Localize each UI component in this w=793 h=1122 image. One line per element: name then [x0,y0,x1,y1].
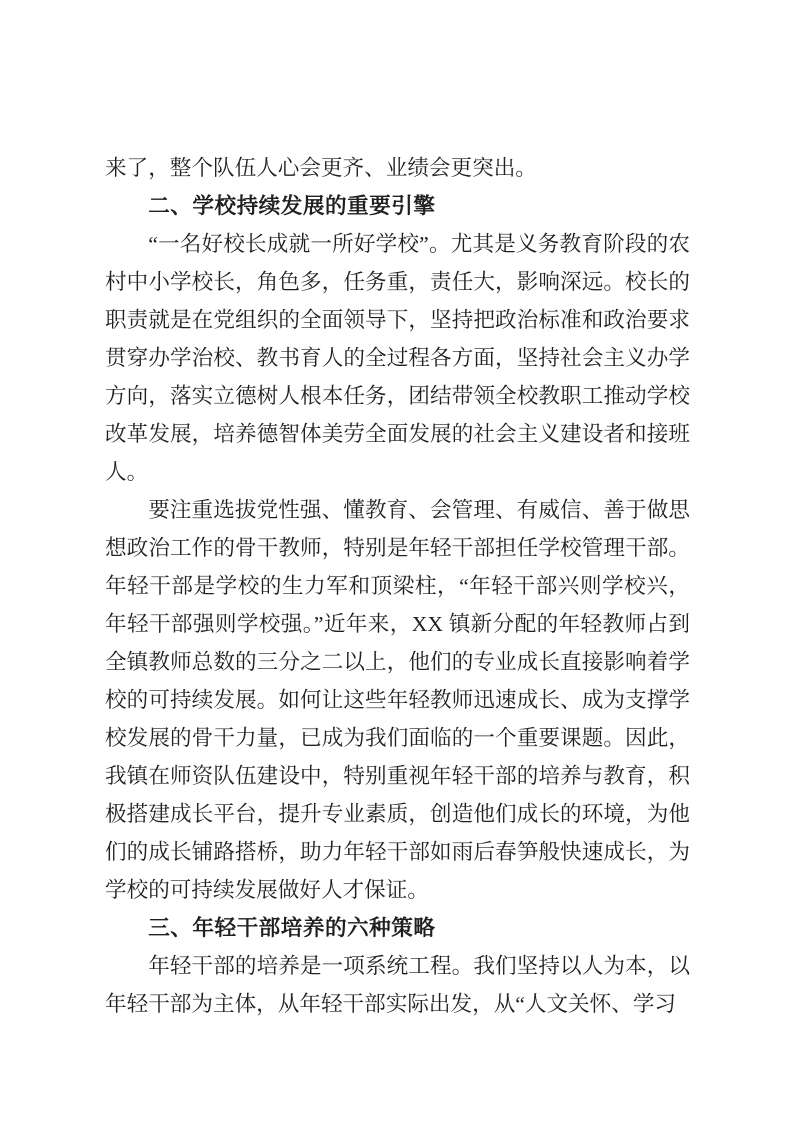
paragraph: 来了，整个队伍人心会更齐、业绩会更突出。 [105,149,690,187]
paragraph: 年轻干部的培养是一项系统工程。我们坚持以人为本，以年轻干部为主体，从年轻干部实际… [105,947,690,1023]
section-heading: 二、学校持续发展的重要引擎 [105,187,690,225]
document-body: 来了，整个队伍人心会更齐、业绩会更突出。二、学校持续发展的重要引擎“一名好校长成… [105,149,690,1023]
document-page: 来了，整个队伍人心会更齐、业绩会更突出。二、学校持续发展的重要引擎“一名好校长成… [0,0,793,1122]
paragraph: 要注重选拔党性强、懂教育、会管理、有威信、善于做思想政治工作的骨干教师，特别是年… [105,491,690,909]
section-heading: 三、年轻干部培养的六种策略 [105,909,690,947]
paragraph: “一名好校长成就一所好学校”。尤其是义务教育阶段的农村中小学校长，角色多，任务重… [105,225,690,491]
